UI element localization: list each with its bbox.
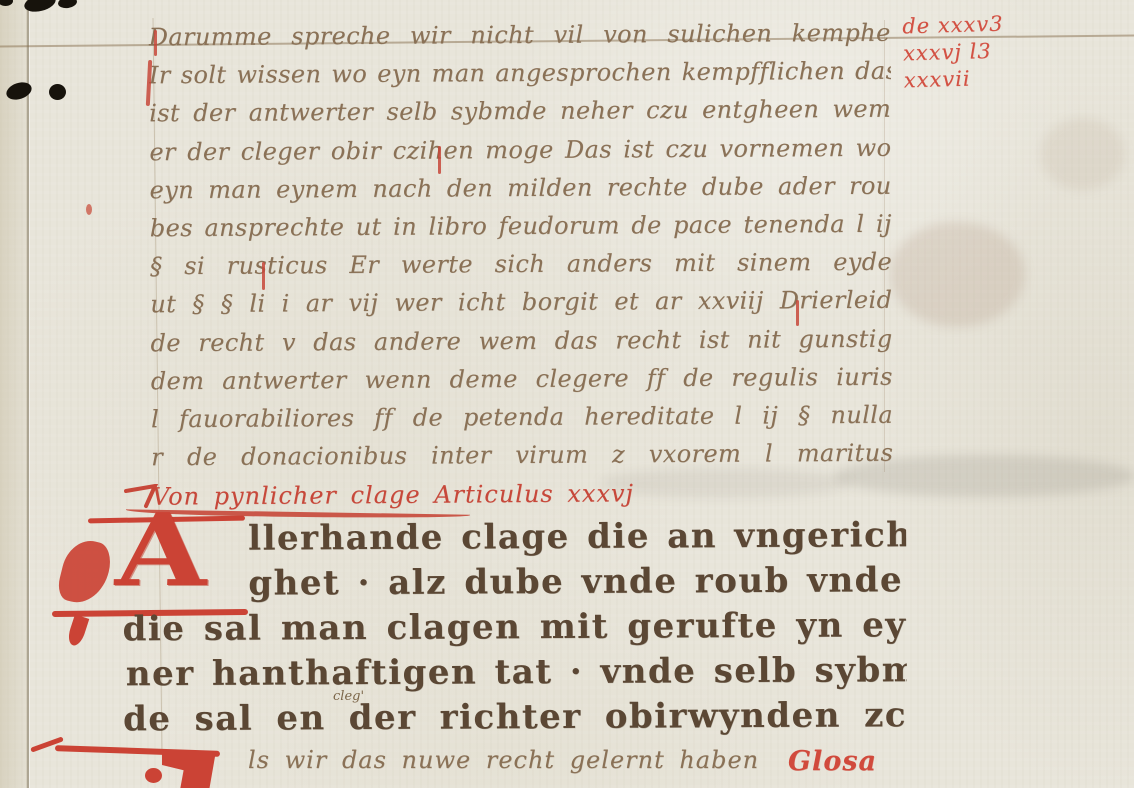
ink-dot: [49, 84, 66, 100]
rubrication-stroke: [262, 262, 265, 290]
law-line: de sal en der richter obirwynden zc: [123, 695, 907, 743]
show-through-mark: [1040, 118, 1125, 190]
initial-body: [162, 751, 216, 788]
red-ink-speck: [86, 204, 92, 215]
gloss-line: Darumme spreche wir nicht vil von sulich…: [149, 19, 891, 62]
page-gutter-shading: [0, 0, 28, 788]
interlinear-correction: cleg': [333, 689, 364, 704]
gloss-line: ist der antwerter selb sybmde neher czu …: [149, 95, 891, 138]
gloss-line: l fauorabiliores ff de petenda hereditat…: [151, 401, 893, 444]
gloss-line: eyn man eynem nach den milden rechte dub…: [150, 171, 892, 214]
marginal-note-line: xxxvj l3: [903, 38, 1005, 68]
show-through-mark: [890, 222, 1025, 327]
gloss-line: bes ansprechte ut in libro feudorum de p…: [150, 210, 892, 253]
glosa-label: Glosa: [788, 746, 877, 777]
initial-flourish: [145, 768, 162, 783]
gloss-line: dem antwerter wenn deme clegere ff de re…: [151, 362, 893, 405]
gloss-line: Ir solt wissen wo eyn man angesprochen k…: [149, 57, 891, 100]
law-line: ner hanthaftigen tat · vnde selb sybm: [126, 650, 907, 698]
initial-flourish: [66, 614, 90, 647]
rubrication-stroke: [438, 146, 441, 174]
parchment-fold-line: [27, 0, 29, 788]
initial-letter: A: [114, 500, 210, 600]
closing-text: ls wir das nuwe recht gelernt haben: [248, 746, 759, 774]
gloss-line: de recht v das andere wem das recht ist …: [150, 324, 892, 367]
law-line: ghet · alz dube vnde roub vnde mort: [248, 560, 906, 607]
marginal-chapter-numbers: de xxxv3 xxxvj l3 xxxvii: [902, 11, 1006, 95]
gloss-line: r de donacionibus inter virum z vxorem l…: [151, 439, 893, 482]
gloss-text-block: Darumme spreche wir nicht vil von sulich…: [149, 19, 894, 482]
marginal-note-line: de xxxv3: [902, 11, 1004, 41]
gloss-line: er der cleger obir czihen moge Das ist c…: [149, 133, 891, 176]
gloss-line: ut § § li i ar vij wer icht borgit et ar…: [150, 286, 892, 329]
law-line: die sal man clagen mit gerufte yn ey: [122, 605, 906, 653]
closing-line: ls wir das nuwe recht gelernt haben Glos…: [248, 746, 1128, 774]
rubrication-stroke: [796, 300, 799, 326]
initial-flourish: [55, 535, 115, 608]
manuscript-page: de xxxv3 xxxvj l3 xxxvii Darumme spreche…: [0, 0, 1134, 788]
law-line: llerhande clage die an vngerichte: [248, 515, 906, 562]
marginal-note-line: xxxvii: [903, 65, 1005, 95]
cropped-initial: [0, 738, 240, 788]
ink-blot: [57, 0, 77, 9]
rubrication-stroke: [154, 30, 157, 56]
